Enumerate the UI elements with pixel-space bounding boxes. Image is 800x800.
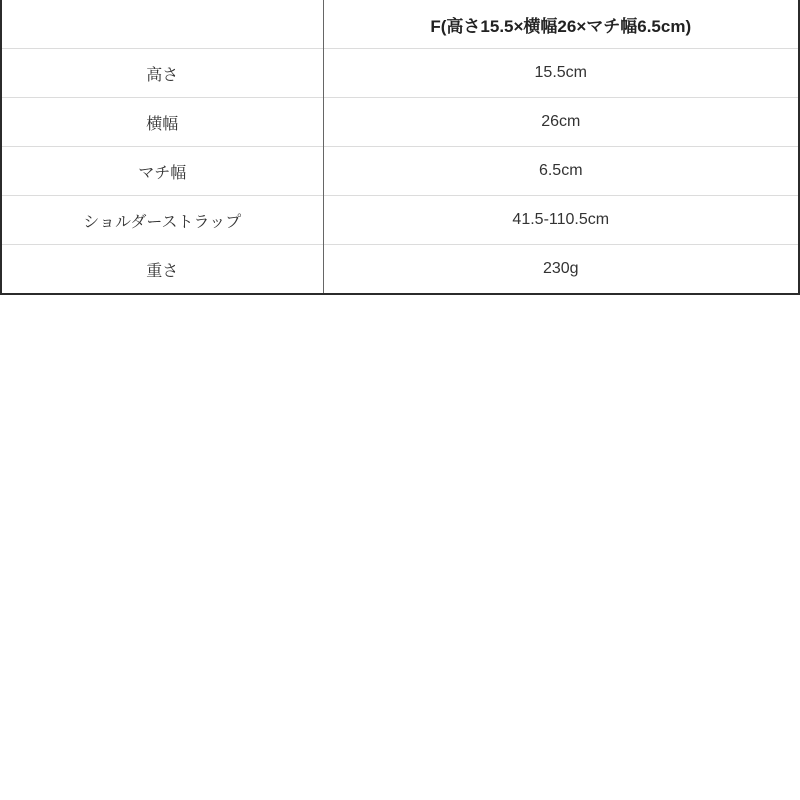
row-value-gusset: 6.5cm <box>323 147 799 196</box>
row-label-shoulder-strap: ショルダーストラップ <box>1 196 323 245</box>
size-spec-table: F(高さ15.5×横幅26×マチ幅6.5cm) 高さ 15.5cm 横幅 26c… <box>0 0 800 295</box>
row-value-shoulder-strap: 41.5-110.5cm <box>323 196 799 245</box>
table-header-row: F(高さ15.5×横幅26×マチ幅6.5cm) <box>1 0 799 49</box>
row-label-width: 横幅 <box>1 98 323 147</box>
table-row-height: 高さ 15.5cm <box>1 49 799 98</box>
table-row-gusset: マチ幅 6.5cm <box>1 147 799 196</box>
empty-whitespace <box>0 295 800 799</box>
row-label-weight: 重さ <box>1 245 323 295</box>
table-row-shoulder-strap: ショルダーストラップ 41.5-110.5cm <box>1 196 799 245</box>
table-row-weight: 重さ 230g <box>1 245 799 295</box>
header-size-label: F(高さ15.5×横幅26×マチ幅6.5cm) <box>323 0 799 49</box>
row-value-weight: 230g <box>323 245 799 295</box>
row-value-height: 15.5cm <box>323 49 799 98</box>
row-label-height: 高さ <box>1 49 323 98</box>
row-value-width: 26cm <box>323 98 799 147</box>
header-corner-cell <box>1 0 323 49</box>
row-label-gusset: マチ幅 <box>1 147 323 196</box>
table-row-width: 横幅 26cm <box>1 98 799 147</box>
